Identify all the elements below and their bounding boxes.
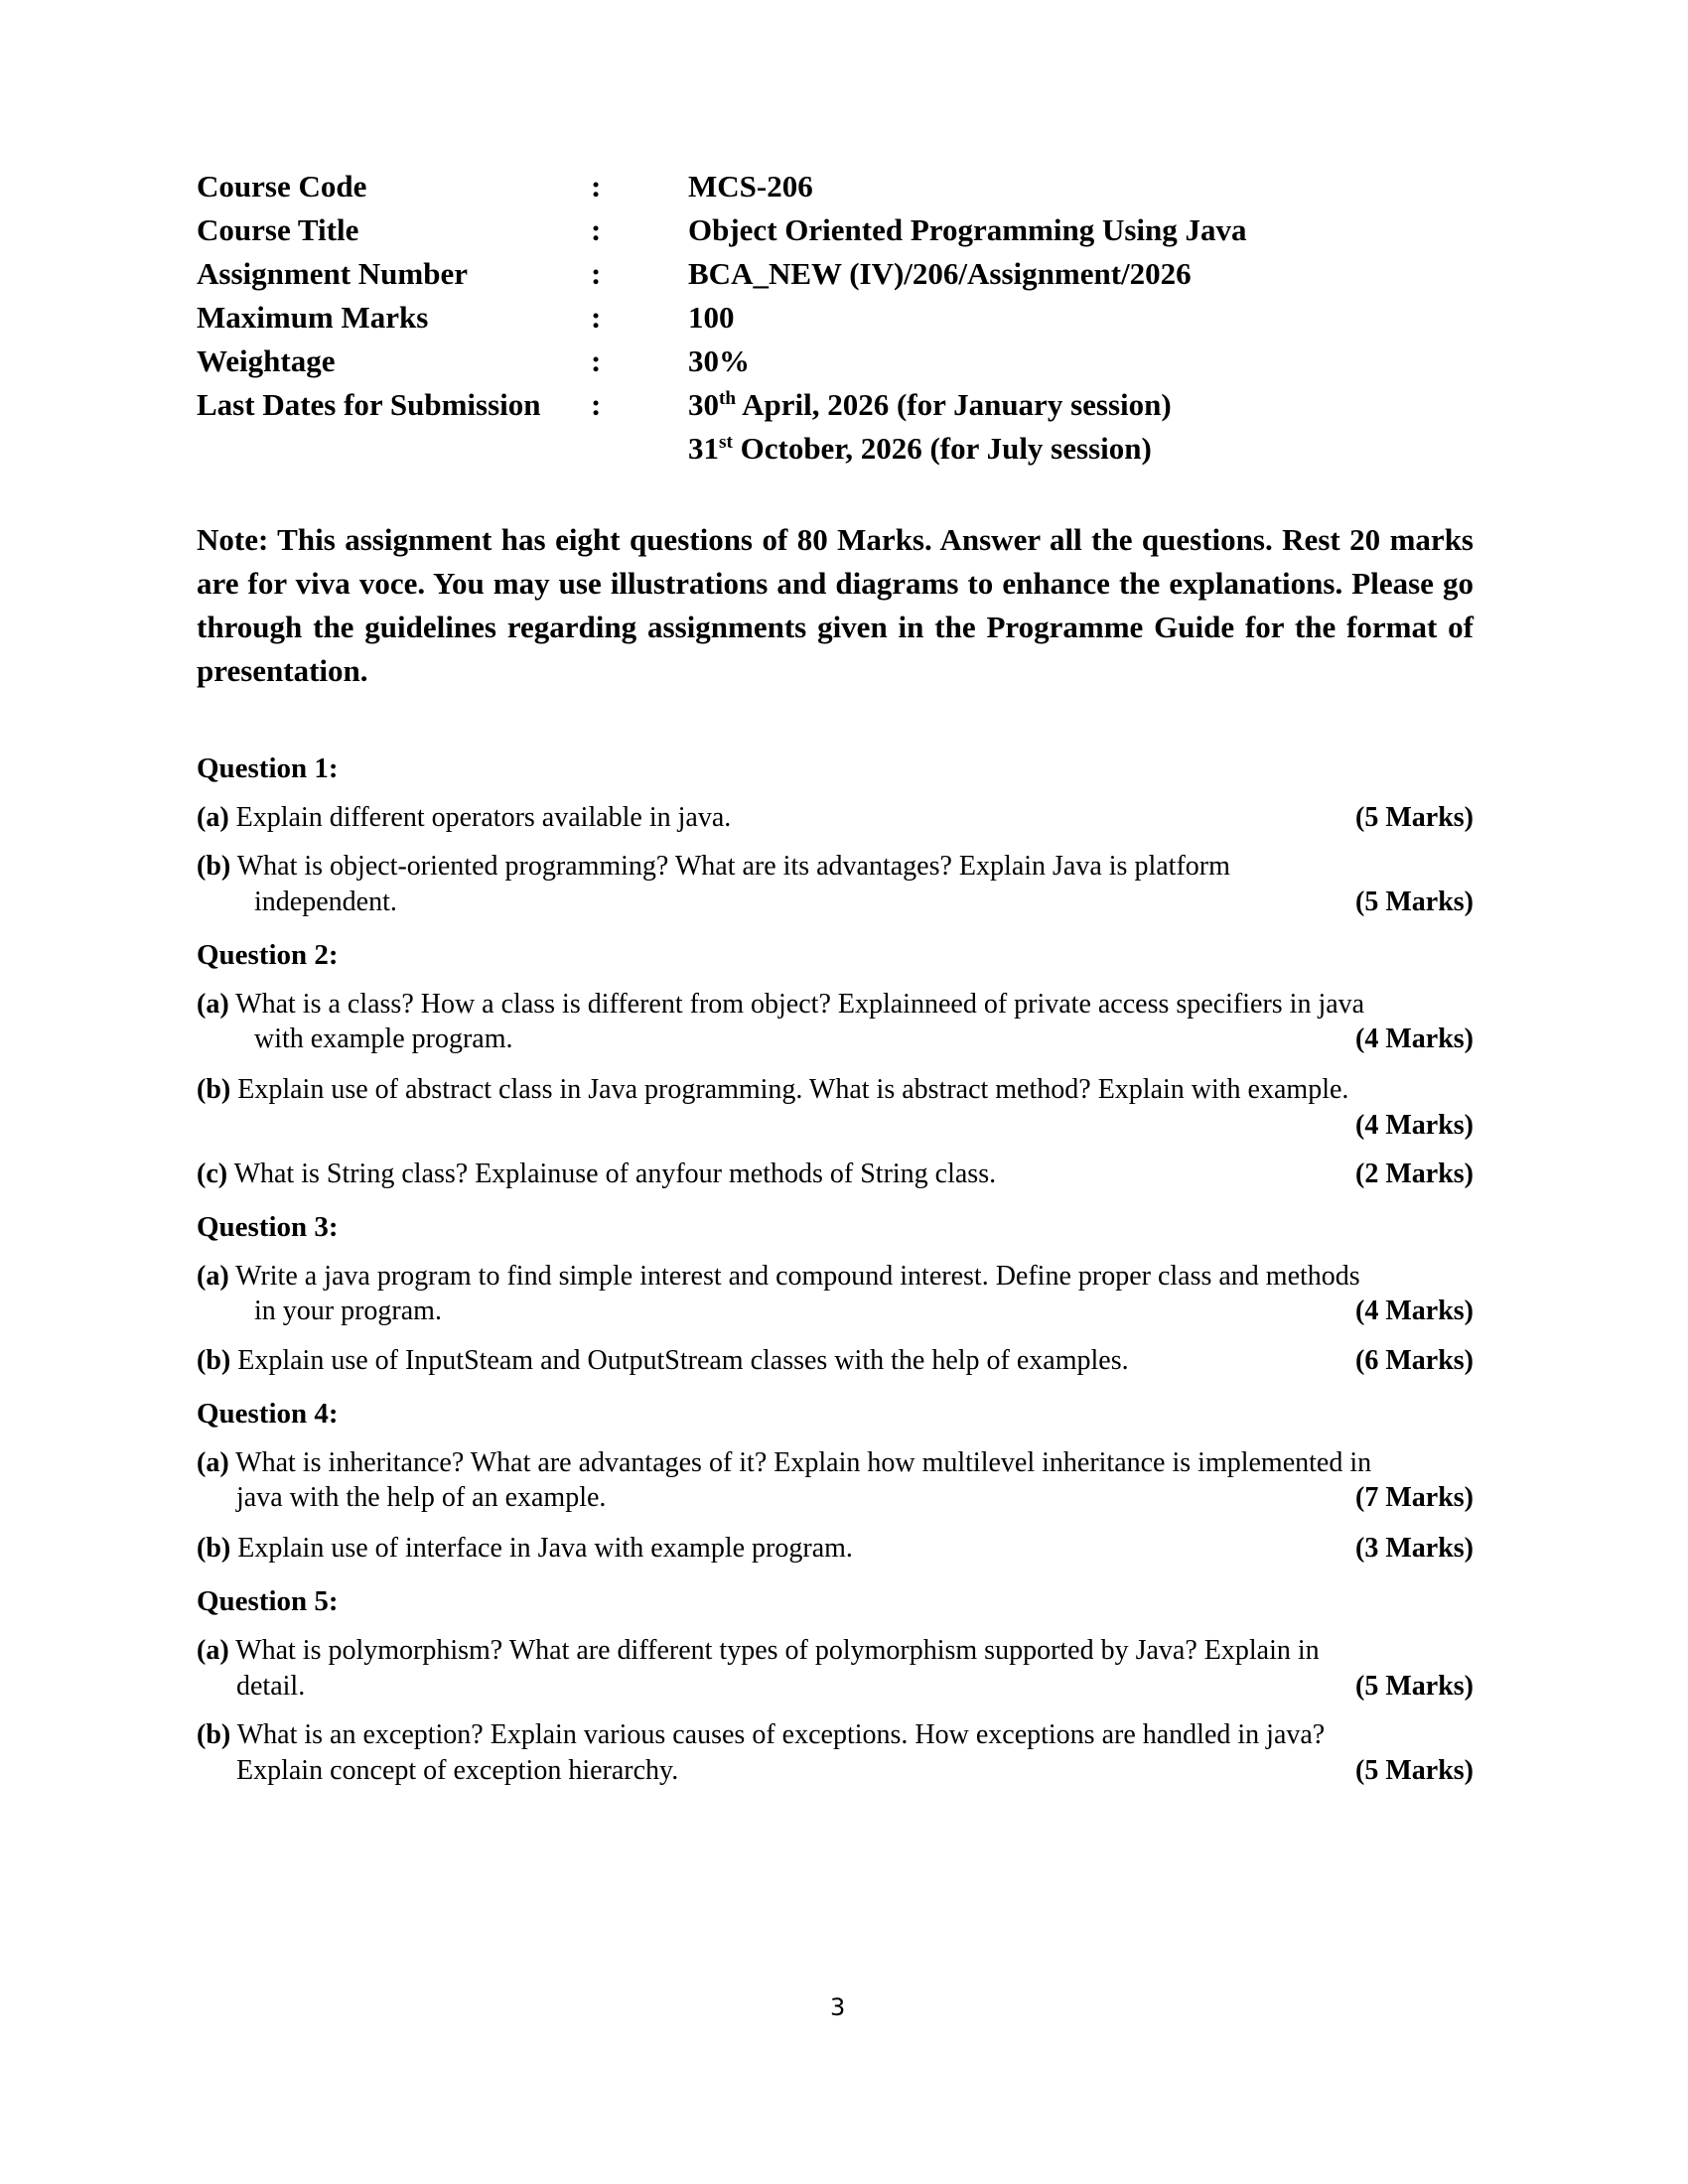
part-letter: (a) bbox=[197, 802, 229, 833]
meta-value: BCA_NEW (IV)/206/Assignment/2026 bbox=[688, 256, 1192, 292]
part-text: Explain use of abstract class in Java pr… bbox=[230, 1074, 1348, 1105]
part-text: Write a java program to find simple inte… bbox=[229, 1261, 1360, 1292]
question-part-continuation: independent.(5 Marks) bbox=[197, 887, 1474, 918]
marks-label: (4 Marks) bbox=[1355, 1296, 1474, 1327]
question-heading: Question 2: bbox=[197, 939, 339, 972]
marks-label: (2 Marks) bbox=[1355, 1159, 1474, 1190]
meta-separator: : bbox=[591, 256, 601, 292]
marks-label: (5 Marks) bbox=[1355, 1671, 1474, 1703]
part-text: What is object-oriented programming? Wha… bbox=[230, 851, 1230, 882]
question-part: (c) What is String class? Explainuse of … bbox=[197, 1159, 1474, 1190]
question-part-continuation: in your program.(4 Marks) bbox=[197, 1296, 1474, 1327]
meta-label: Last Dates for Submission bbox=[197, 387, 541, 423]
question-heading: Question 3: bbox=[197, 1211, 339, 1244]
marks-label: (5 Marks) bbox=[1355, 1755, 1474, 1787]
part-letter: (b) bbox=[197, 1074, 230, 1105]
part-text-continued: java with the help of an example. bbox=[197, 1482, 606, 1513]
part-letter: (b) bbox=[197, 851, 230, 882]
meta-value: 30th April, 2026 (for January session) bbox=[688, 387, 1172, 423]
part-letter: (b) bbox=[197, 1533, 230, 1564]
part-text-continued: in your program. bbox=[197, 1296, 442, 1326]
question-part: (a) Explain different operators availabl… bbox=[197, 802, 1474, 834]
part-letter: (b) bbox=[197, 1345, 230, 1376]
meta-value: MCS-206 bbox=[688, 169, 813, 205]
marks-label: (4 Marks) bbox=[1355, 1024, 1474, 1055]
part-text: What is an exception? Explain various ca… bbox=[230, 1719, 1325, 1750]
question-part: (a) What is a class? How a class is diff… bbox=[197, 989, 1474, 1021]
meta-separator: : bbox=[591, 169, 601, 205]
part-letter: (a) bbox=[197, 989, 229, 1020]
question-part: (b) What is object-oriented programming?… bbox=[197, 851, 1474, 883]
meta-label: Course Title bbox=[197, 212, 358, 248]
part-text: What is String class? Explainuse of anyf… bbox=[227, 1159, 996, 1189]
question-heading: Question 1: bbox=[197, 752, 339, 785]
question-part: (a) What is inheritance? What are advant… bbox=[197, 1447, 1474, 1479]
part-text: What is a class? How a class is differen… bbox=[229, 989, 1364, 1020]
question-part-continuation: java with the help of an example.(7 Mark… bbox=[197, 1482, 1474, 1514]
question-part-continuation: detail.(5 Marks) bbox=[197, 1671, 1474, 1703]
part-text-continued: Explain concept of exception hierarchy. bbox=[197, 1755, 678, 1786]
part-letter: (a) bbox=[197, 1447, 229, 1478]
question-part-continuation: Explain concept of exception hierarchy.(… bbox=[197, 1755, 1474, 1787]
question-part: (b) Explain use of InputSteam and Output… bbox=[197, 1345, 1474, 1377]
question-part-continuation: with example program.(4 Marks) bbox=[197, 1024, 1474, 1055]
question-part: (b) What is an exception? Explain variou… bbox=[197, 1719, 1474, 1751]
meta-value: Object Oriented Programming Using Java bbox=[688, 212, 1247, 248]
marks-label: (3 Marks) bbox=[1355, 1533, 1474, 1565]
question-part: (b) Explain use of interface in Java wit… bbox=[197, 1533, 1474, 1565]
part-text: What is inheritance? What are advantages… bbox=[229, 1447, 1371, 1478]
part-letter: (c) bbox=[197, 1159, 227, 1189]
part-letter: (a) bbox=[197, 1635, 229, 1666]
part-text-continued: with example program. bbox=[197, 1024, 512, 1054]
question-heading: Question 5: bbox=[197, 1585, 339, 1618]
question-part: (b) Explain use of abstract class in Jav… bbox=[197, 1074, 1474, 1106]
marks-label: (6 Marks) bbox=[1355, 1345, 1474, 1377]
meta-label: Assignment Number bbox=[197, 256, 468, 292]
question-part: (a) What is polymorphism? What are diffe… bbox=[197, 1635, 1474, 1667]
part-letter: (b) bbox=[197, 1719, 230, 1750]
meta-separator: : bbox=[591, 300, 601, 336]
meta-separator: : bbox=[591, 212, 601, 248]
question-heading: Question 4: bbox=[197, 1398, 339, 1431]
part-text: What is polymorphism? What are different… bbox=[229, 1635, 1320, 1666]
marks-label: (5 Marks) bbox=[1355, 887, 1474, 918]
meta-label: Course Code bbox=[197, 169, 366, 205]
part-text-continued: detail. bbox=[197, 1671, 305, 1702]
part-text-continued: independent. bbox=[197, 887, 397, 917]
meta-label: Weightage bbox=[197, 343, 336, 379]
page-number: 3 bbox=[830, 1993, 845, 2021]
marks-label: (4 Marks) bbox=[1355, 1110, 1474, 1142]
meta-value: 100 bbox=[688, 300, 735, 336]
meta-label: Maximum Marks bbox=[197, 300, 428, 336]
part-letter: (a) bbox=[197, 1261, 229, 1292]
assignment-note: Note: This assignment has eight question… bbox=[197, 518, 1474, 693]
question-part: (a) Write a java program to find simple … bbox=[197, 1261, 1474, 1293]
meta-separator: : bbox=[591, 387, 601, 423]
part-text: Explain use of interface in Java with ex… bbox=[230, 1533, 853, 1564]
part-text: Explain different operators available in… bbox=[229, 802, 732, 833]
meta-value: 31st October, 2026 (for July session) bbox=[688, 431, 1152, 467]
marks-label: (5 Marks) bbox=[1355, 802, 1474, 834]
meta-value: 30% bbox=[688, 343, 750, 379]
meta-separator: : bbox=[591, 343, 601, 379]
part-text: Explain use of InputSteam and OutputStre… bbox=[230, 1345, 1128, 1376]
marks-label: (7 Marks) bbox=[1355, 1482, 1474, 1514]
